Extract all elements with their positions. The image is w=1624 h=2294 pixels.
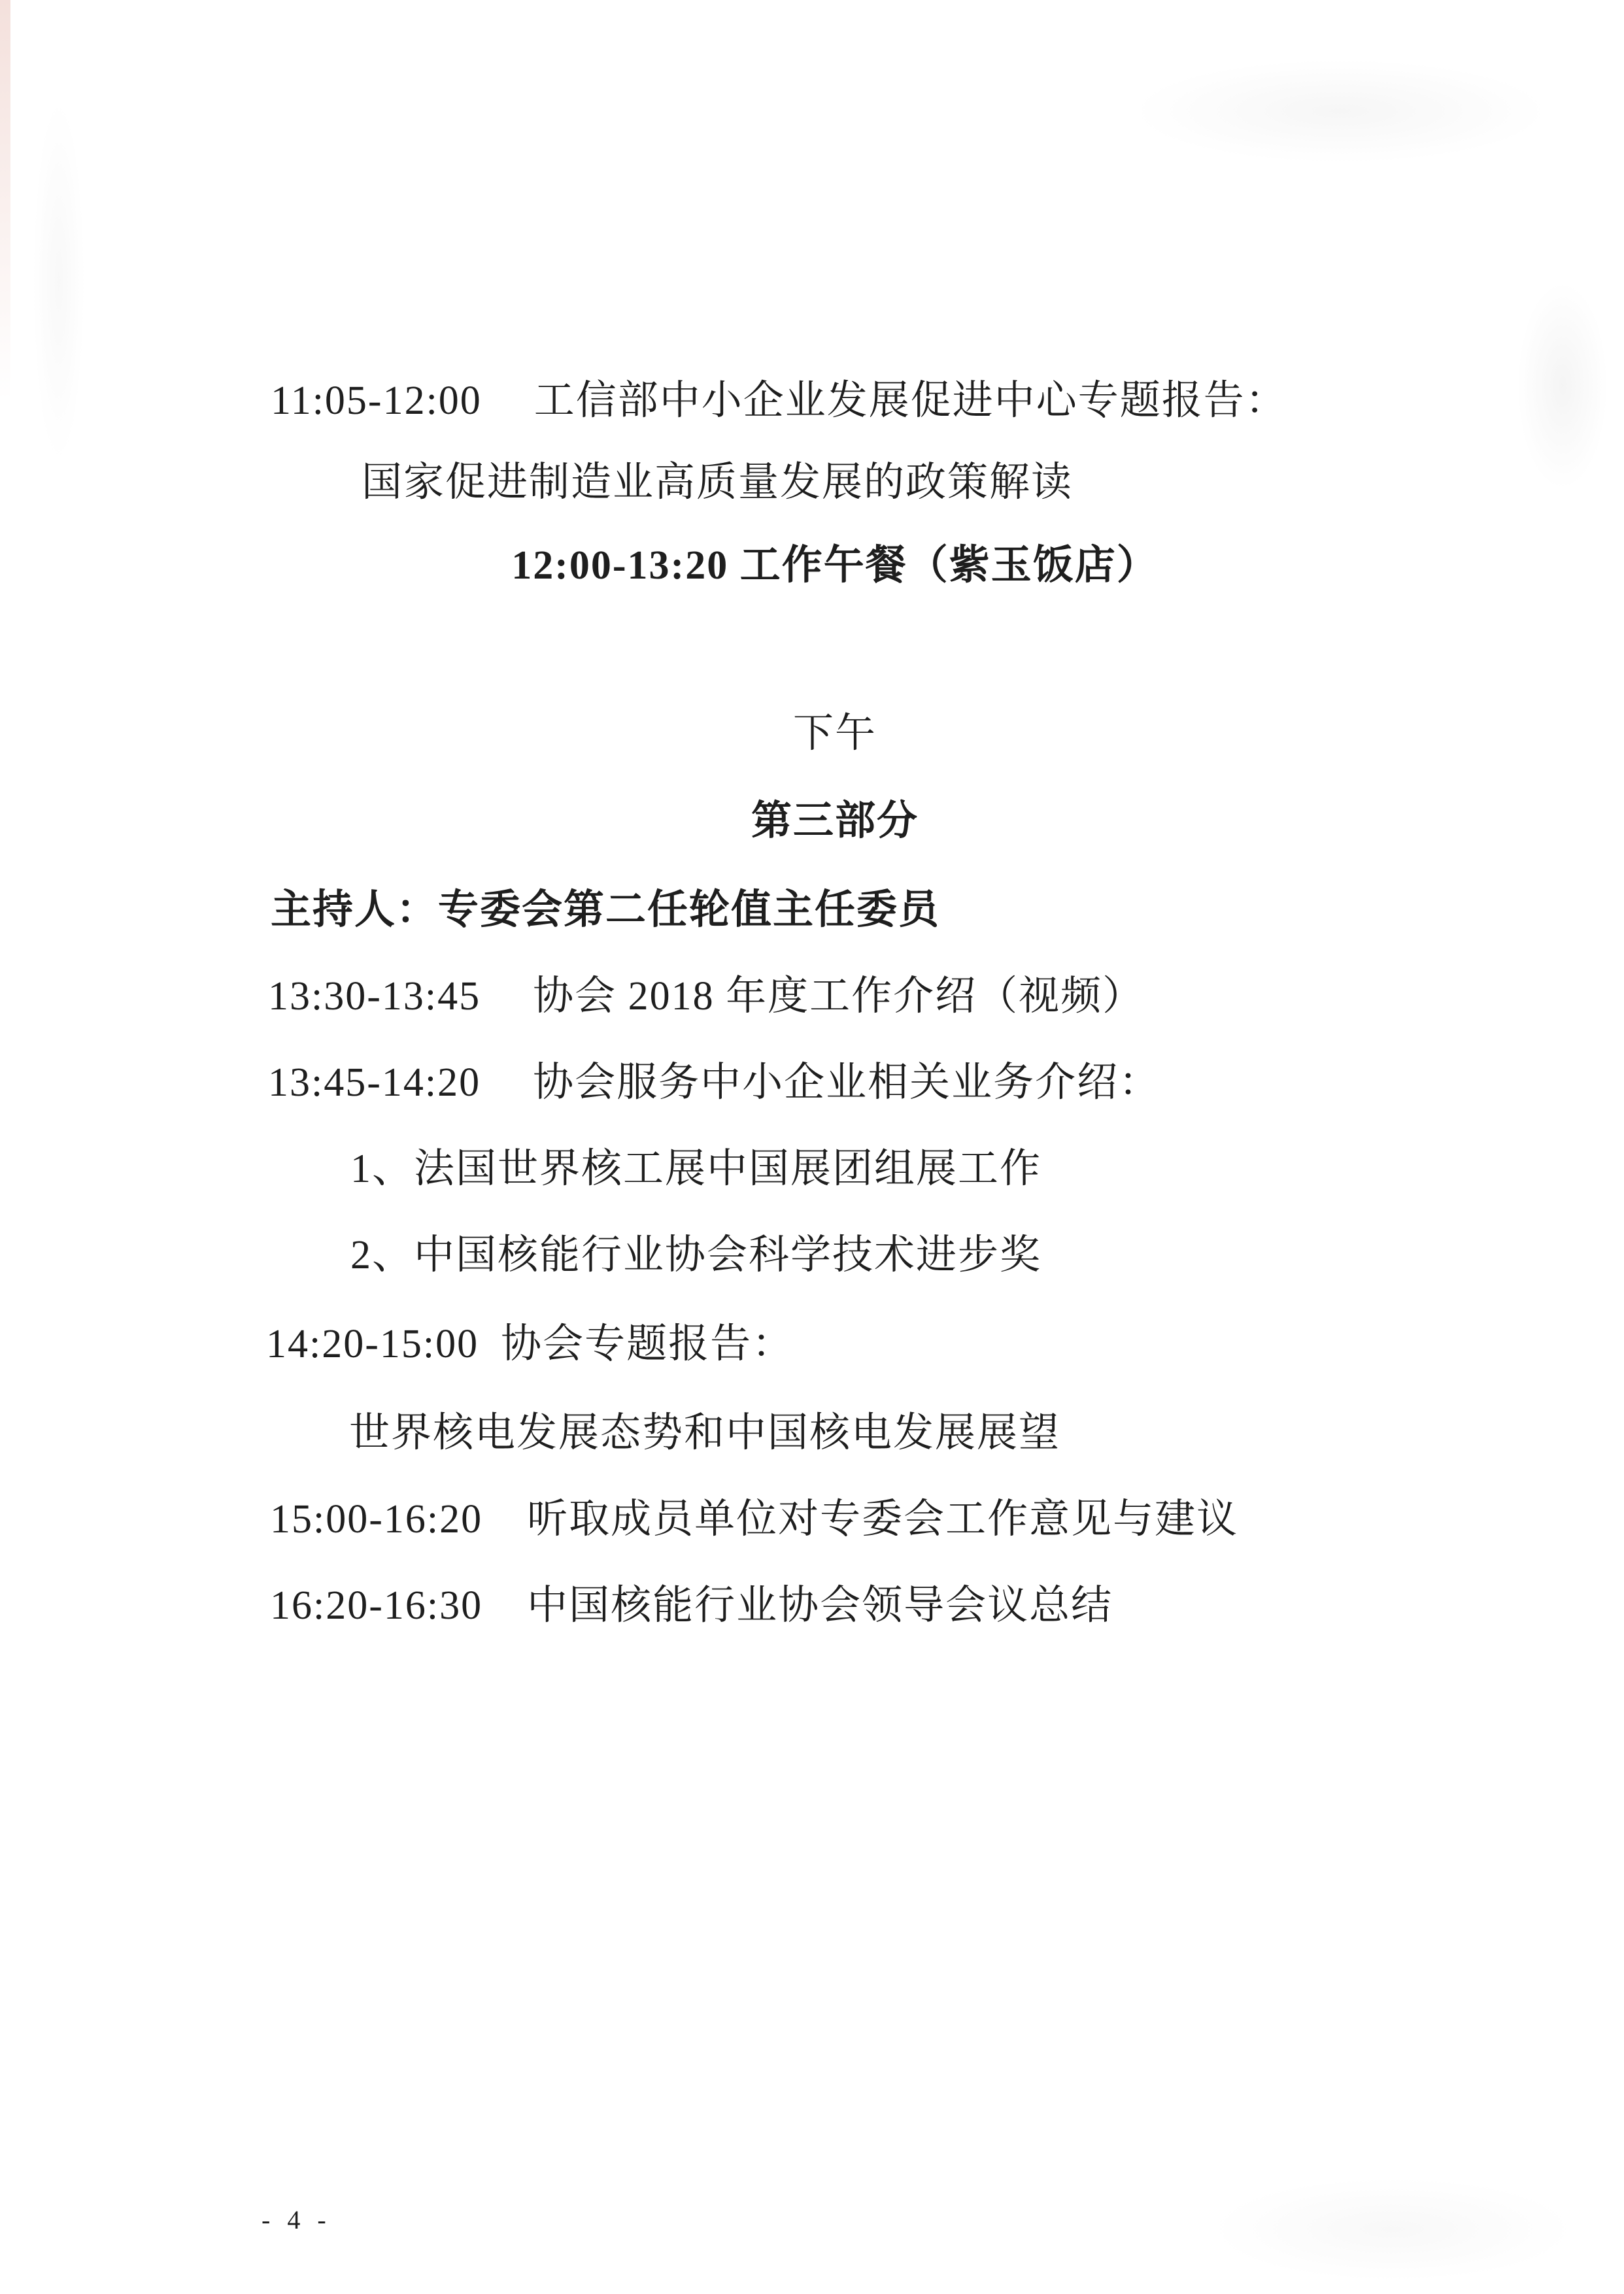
scan-edge-artifact xyxy=(0,0,10,471)
agenda-item-text: 12:00-13:20 工作午餐（紫玉饭店） xyxy=(511,543,1158,588)
agenda-item-text: 协会专题报告： xyxy=(501,1322,794,1366)
page-number: - 4 - xyxy=(214,2150,331,2291)
scan-smudge xyxy=(1131,59,1549,163)
time-label: 16:20-16:30 xyxy=(270,1583,482,1628)
agenda-line-lunch: 12:00-13:20 工作午餐（紫玉饭店） xyxy=(0,495,1624,636)
scan-smudge xyxy=(33,98,85,464)
part-title-text: 第三部分 xyxy=(751,799,919,843)
scan-smudge xyxy=(1210,2177,1576,2282)
time-label: 14:20-15:00 xyxy=(266,1322,479,1366)
agenda-item-text: 2、中国核能行业协会科学技术进步奖 xyxy=(350,1233,1041,1277)
session-label-text: 下午 xyxy=(793,711,877,756)
scan-smudge xyxy=(1517,281,1608,490)
agenda-item-text: 中国核能行业协会领导会议总结 xyxy=(527,1583,1113,1628)
page-number-text: - 4 - xyxy=(262,2205,331,2235)
agenda-line-item: 16:20-16:30中国核能行业协会领导会议总结 xyxy=(224,1535,1113,1676)
scanned-agenda-page: 11:05-12:00工信部中小企业发展促进中心专题报告： 国家促进制造业高质量… xyxy=(0,0,1624,2294)
